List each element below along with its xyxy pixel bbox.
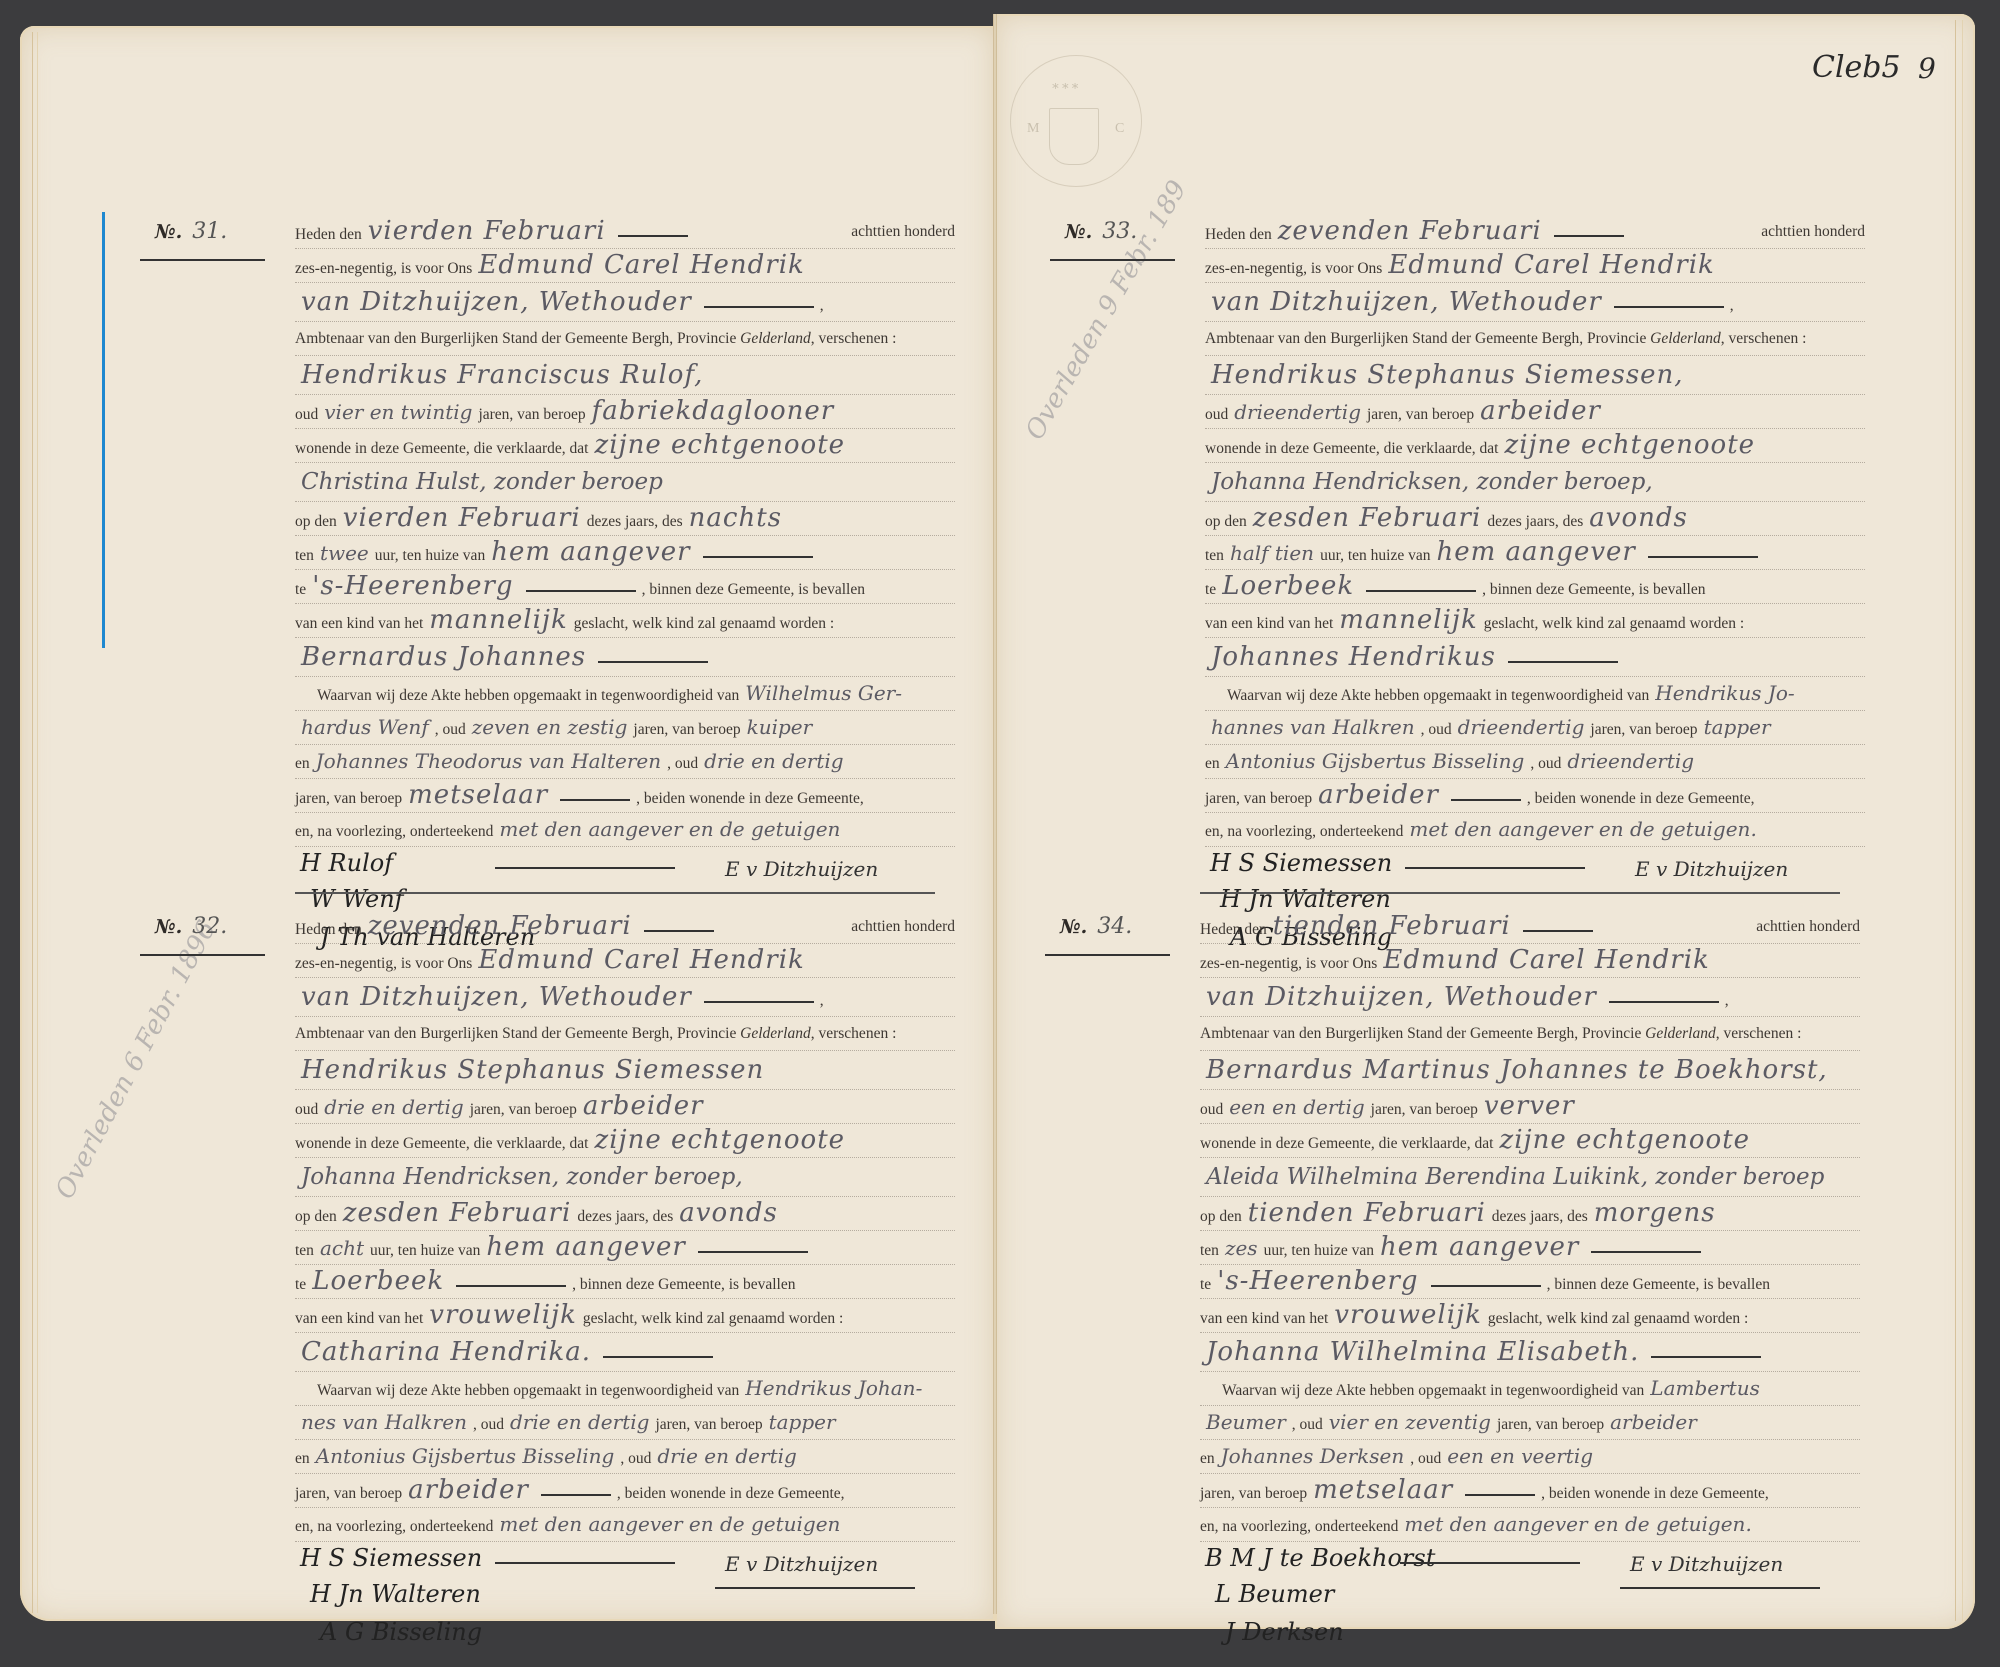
printed-form-text: dezes jaars, des — [1487, 513, 1583, 530]
signature-witness-2: A G Bisseling — [320, 1618, 482, 1646]
signature-official: E v Ditzhuijzen — [1635, 857, 1788, 881]
line-ambtenaar: Ambtenaar van den Burgerlijken Stand der… — [295, 322, 955, 356]
filler-dash — [1465, 1494, 1535, 1496]
birth-hour: half tien — [1224, 541, 1320, 565]
printed-form-text: , oud — [1421, 721, 1452, 738]
printed-form-text: ten — [1205, 547, 1224, 564]
child-sex: vrouwelijk — [423, 1300, 583, 1330]
line-child-name: Catharina Hendrika. — [295, 1333, 955, 1372]
line-witness-2: enAntonius Gijsbertus Bisseling, ouddrie… — [1205, 745, 1865, 779]
printed-form-text: jaren, van beroep — [633, 721, 740, 738]
filler-dash — [1508, 661, 1618, 663]
open-register-book: ∗∗∗ M C Cleb5 9 Overleden 9 Febr. 189 Ov… — [0, 0, 2000, 1667]
line-witness-1: hardus Wenf, oudzeven en zestigjaren, va… — [295, 711, 955, 745]
line-sex: van een kind van hetmannelijkgeslacht, w… — [295, 604, 955, 638]
line-hour: tenhalf tienuur, ten huize vanhem aangev… — [1205, 536, 1865, 570]
signature-official: E v Ditzhuijzen — [725, 1552, 878, 1576]
birth-house: hem aangever — [1374, 1232, 1585, 1262]
witness-2-age: drie en dertig — [698, 749, 849, 773]
printed-form-text: en, na voorlezing, onderteekend — [295, 823, 493, 840]
declarant-name: Hendrikus Stephanus Siemessen — [295, 1055, 770, 1085]
act-element: №. — [1065, 221, 1092, 243]
embossed-seal-icon: ∗∗∗ M C — [1010, 55, 1142, 187]
printed-form-text: oud — [1205, 406, 1228, 423]
printed-form-text: Ambtenaar van den Burgerlijken Stand der… — [1205, 330, 1538, 347]
printed-form-text: Bergh — [632, 1025, 670, 1042]
filler-dash — [704, 306, 814, 308]
official-name: Edmund Carel Hendrik — [1382, 250, 1720, 280]
witness-2-name: Antonius Gijsbertus Bisseling — [310, 1444, 621, 1468]
act-number: №.31. — [155, 219, 227, 244]
line-waarvan: Waarvan wij deze Akte hebben opgemaakt i… — [1205, 677, 1865, 711]
line-official: zes-en-negentig, is voor OnsEdmund Carel… — [1205, 249, 1865, 283]
signatures-block: B M J te Boekhorst L Beumer J Derksen E … — [1200, 1542, 1860, 1667]
printed-form-text: jaren, van beroep — [1497, 1416, 1604, 1433]
printed-form-text: jaren, van beroep — [1371, 1101, 1478, 1118]
witness-1-age: drie en dertig — [504, 1410, 655, 1434]
line-witness-2: enAntonius Gijsbertus Bisseling, ouddrie… — [295, 1440, 955, 1474]
selection-marker — [102, 212, 105, 648]
printed-form-text: te — [1205, 581, 1216, 598]
printed-form-text: , Provincie — [669, 1025, 736, 1042]
line-child-name: Johanna Wilhelmina Elisabeth. — [1200, 1333, 1860, 1372]
printed-form-text: op den — [1200, 1208, 1242, 1225]
printed-form-text: Heden den — [1205, 226, 1272, 243]
declarant-occupation: arbeider — [1474, 396, 1607, 426]
act-date: zevenden Februari — [362, 911, 638, 941]
printed-form-text: van een kind van het — [1205, 615, 1333, 632]
printed-form-text: dezes jaars, des — [1492, 1208, 1588, 1225]
child-name: Bernardus Johannes — [295, 642, 592, 672]
official-title: van Ditzhuijzen, Wethouder — [295, 287, 698, 317]
printed-form-text: , binnen deze Gemeente, is bevallen — [642, 581, 865, 598]
act-number-underline — [1050, 259, 1175, 261]
filler-dash — [541, 1494, 611, 1496]
filler-dash — [526, 590, 636, 592]
line-witness-1: nes van Halkren, ouddrie en dertigjaren,… — [295, 1406, 955, 1440]
printed-form-text: wonende in deze Gemeente, die verklaarde… — [1205, 440, 1499, 457]
printed-form-text: Gelderland — [1645, 1025, 1716, 1042]
act-element: №. — [155, 916, 182, 938]
line-waarvan: Waarvan wij deze Akte hebben opgemaakt i… — [1200, 1372, 1860, 1406]
line-official: zes-en-negentig, is voor OnsEdmund Carel… — [1200, 944, 1860, 978]
printed-form-text: Bergh — [632, 330, 670, 347]
printed-form-text: te — [295, 1276, 306, 1293]
printed-form-text: Waarvan wij deze Akte hebben opgemaakt i… — [295, 687, 739, 704]
time-of-day: nachts — [683, 503, 788, 533]
filler-dash — [698, 1251, 808, 1253]
witness-1-name: Hendrikus Jo- — [1649, 681, 1800, 705]
line-place: te's-Heerenberg, binnen deze Gemeente, i… — [1200, 1265, 1860, 1299]
signature-witness-1: W Wenf — [310, 885, 404, 913]
act-date: vierden Februari — [362, 216, 612, 246]
seal-letter-right: C — [1115, 121, 1124, 137]
signatures-block: H S Siemessen H Jn Walteren A G Bisselin… — [295, 1542, 955, 1667]
line-declarant-age: oudvier en twintigjaren, van beroepfabri… — [295, 395, 955, 429]
printed-form-text: jaren, van beroep — [1590, 721, 1697, 738]
printed-form-text: , beiden wonende in deze Gemeente, — [617, 1485, 845, 1502]
line-place: te's-Heerenberg, binnen deze Gemeente, i… — [295, 570, 955, 604]
filler-dash — [456, 1285, 566, 1287]
handwritten-entry: nes van Halkren — [295, 1410, 473, 1434]
printed-form-text: Gelderland — [740, 330, 811, 347]
printed-form-text: op den — [295, 1208, 337, 1225]
printed-form-text: Bergh — [1542, 330, 1580, 347]
printed-form-text: en — [1205, 755, 1220, 772]
line-official-title: van Ditzhuijzen, Wethouder, — [295, 978, 955, 1017]
line-official-title: van Ditzhuijzen, Wethouder, — [1205, 283, 1865, 322]
line-witness-2-occupation: jaren, van beroeparbeider, beiden wonend… — [295, 1474, 955, 1508]
handwritten-entry: zijne echtgenoote — [1499, 430, 1762, 460]
line-official-title: van Ditzhuijzen, Wethouder, — [1200, 978, 1860, 1017]
printed-form-text: , beiden wonende in deze Gemeente, — [636, 790, 864, 807]
printed-form-text: uur, ten huize van — [1264, 1242, 1374, 1259]
printed-form-text: , oud — [435, 721, 466, 738]
filler-dash — [644, 930, 714, 932]
printed-form-text: Ambtenaar van den Burgerlijken Stand der… — [295, 330, 628, 347]
archive-reference: Cleb5 — [1812, 50, 1901, 85]
printed-form-text: en, na voorlezing, onderteekend — [1200, 1518, 1398, 1535]
filler-dash — [1591, 1251, 1701, 1253]
printed-form-text: uur, ten huize van — [1320, 547, 1430, 564]
spouse-name: Johanna Hendricksen, zonder beroep, — [295, 1164, 749, 1190]
birth-hour: twee — [314, 541, 375, 565]
signature-witness-1: H Jn Walteren — [1220, 885, 1391, 913]
signature-declarant: H S Siemessen — [300, 1544, 482, 1572]
filler-dash — [1614, 306, 1724, 308]
line-wonende: wonende in deze Gemeente, die verklaarde… — [1205, 429, 1865, 463]
printed-form-text: achttien honderd — [1756, 910, 1860, 943]
child-sex: vrouwelijk — [1328, 1300, 1488, 1330]
act-number: №.34. — [1060, 914, 1132, 939]
printed-form-text: , oud — [1410, 1450, 1441, 1467]
child-sex: mannelijk — [423, 605, 573, 635]
signed-with: met den aangever en de getuigen — [493, 817, 846, 841]
time-of-day: avonds — [673, 1198, 784, 1228]
printed-form-text: van een kind van het — [295, 615, 423, 632]
signature-official: E v Ditzhuijzen — [725, 857, 878, 881]
witness-2-age: drie en dertig — [651, 1444, 802, 1468]
printed-form-text: , binnen deze Gemeente, is bevallen — [1482, 581, 1705, 598]
time-of-day: morgens — [1588, 1198, 1722, 1228]
printed-form-text: , oud — [1292, 1416, 1323, 1433]
printed-form-text: oud — [1200, 1101, 1223, 1118]
act-number-underline — [140, 259, 265, 261]
signature-rule — [495, 1562, 675, 1564]
line-birth-date: op denvierden Februaridezes jaars, desna… — [295, 502, 955, 536]
printed-form-text: geslacht, welk kind zal genaamd worden : — [583, 1310, 843, 1327]
line-place: teLoerbeek, binnen deze Gemeente, is bev… — [295, 1265, 955, 1299]
printed-form-text: achttien honderd — [851, 910, 955, 943]
child-name: Johannes Hendrikus — [1205, 642, 1502, 672]
printed-form-text: en — [295, 1450, 310, 1467]
printed-form-text: zes-en-negentig, is voor Ons — [1205, 260, 1382, 277]
birth-place: Loerbeek — [306, 1266, 450, 1296]
witness-1-occupation: kuiper — [741, 715, 819, 739]
act-number: №.32. — [155, 914, 227, 939]
page-number: 9 — [1918, 52, 1936, 85]
printed-form-text: , binnen deze Gemeente, is bevallen — [572, 1276, 795, 1293]
signature-witness-1: H Jn Walteren — [310, 1580, 481, 1608]
printed-form-text: , oud — [620, 1450, 651, 1467]
printed-form-text: en, na voorlezing, onderteekend — [1205, 823, 1403, 840]
line-birth-date: op denzesden Februaridezes jaars, desavo… — [1205, 502, 1865, 536]
witness-2-occupation: metselaar — [402, 780, 554, 810]
filler-dash — [1648, 556, 1758, 558]
printed-form-text: op den — [1205, 513, 1247, 530]
line-declarant-age: oudeen en dertigjaren, van beroepverver — [1200, 1090, 1860, 1124]
signature-declarant: B M J te Boekhorst — [1205, 1544, 1435, 1572]
handwritten-entry: hardus Wenf — [295, 715, 435, 739]
printed-form-text: jaren, van beroep — [295, 1485, 402, 1502]
filler-dash — [1523, 930, 1593, 932]
declarant-name: Hendrikus Stephanus Siemessen, — [1205, 360, 1690, 390]
declarant-name: Bernardus Martinus Johannes te Boekhorst… — [1200, 1055, 1834, 1085]
line-child-name: Johannes Hendrikus — [1205, 638, 1865, 677]
birth-act-31: №.31. Heden denvierden Februariachttien … — [295, 215, 955, 977]
act-element: 32. — [192, 914, 227, 939]
printed-form-text: Heden den — [295, 921, 362, 938]
witness-2-name: Antonius Gijsbertus Bisseling — [1220, 749, 1531, 773]
printed-form-text: Waarvan wij deze Akte hebben opgemaakt i… — [295, 1382, 739, 1399]
filler-dash — [1451, 799, 1521, 801]
printed-form-text: , beiden wonende in deze Gemeente, — [1541, 1485, 1769, 1502]
line-sex: van een kind van hetmannelijkgeslacht, w… — [1205, 604, 1865, 638]
line-date: Heden denzevenden Februariachttien honde… — [295, 910, 955, 944]
printed-form-text: uur, ten huize van — [375, 547, 485, 564]
child-name: Catharina Hendrika. — [295, 1337, 597, 1367]
line-date: Heden denvierden Februariachttien honder… — [295, 215, 955, 249]
printed-form-text: , verschenen : — [1721, 330, 1807, 347]
witness-1-occupation: tapper — [763, 1410, 842, 1434]
line-declarant: Hendrikus Stephanus Siemessen, — [1205, 356, 1865, 395]
line-spouse: Aleida Wilhelmina Berendina Luikink, zon… — [1200, 1158, 1860, 1197]
printed-form-text: van een kind van het — [1200, 1310, 1328, 1327]
printed-form-text: en, na voorlezing, onderteekend — [295, 1518, 493, 1535]
child-name: Johanna Wilhelmina Elisabeth. — [1200, 1337, 1645, 1367]
line-declarant-age: ouddrieendertigjaren, van beroeparbeider — [1205, 395, 1865, 429]
printed-form-text: jaren, van beroep — [655, 1416, 762, 1433]
witness-2-name: Johannes Theodorus van Halteren — [310, 749, 667, 773]
printed-form-text: Waarvan wij deze Akte hebben opgemaakt i… — [1205, 687, 1649, 704]
line-ambtenaar: Ambtenaar van den Burgerlijken Stand der… — [295, 1017, 955, 1051]
filler-dash — [1554, 235, 1624, 237]
official-title: van Ditzhuijzen, Wethouder — [295, 982, 698, 1012]
line-signed: en, na voorlezing, onderteekendmet den a… — [1205, 813, 1865, 847]
line-witness-2-occupation: jaren, van beroepmetselaar, beiden wonen… — [1200, 1474, 1860, 1508]
printed-form-text: , binnen deze Gemeente, is bevallen — [1547, 1276, 1770, 1293]
act-date: zevenden Februari — [1272, 216, 1548, 246]
birth-date: zesden Februari — [1247, 503, 1488, 533]
printed-form-text: zes-en-negentig, is voor Ons — [1200, 955, 1377, 972]
witness-1-name: Wilhelmus Ger- — [739, 681, 908, 705]
line-spouse: Johanna Hendricksen, zonder beroep, — [1205, 463, 1865, 502]
line-witness-1: Beumer, oudvier en zeventigjaren, van be… — [1200, 1406, 1860, 1440]
birth-act-32: №.32. Heden denzevenden Februariachttien… — [295, 910, 955, 1667]
printed-form-text: achttien honderd — [851, 215, 955, 248]
handwritten-entry: zijne echtgenoote — [1494, 1125, 1757, 1155]
line-witness-2-occupation: jaren, van beroepmetselaar, beiden wonen… — [295, 779, 955, 813]
signed-with: met den aangever en de getuigen — [493, 1512, 846, 1536]
printed-form-text: dezes jaars, des — [577, 1208, 673, 1225]
printed-form-text: , — [1725, 992, 1729, 1009]
official-name: Edmund Carel Hendrik — [1377, 945, 1715, 975]
book-gutter — [993, 14, 997, 1614]
filler-dash — [704, 1001, 814, 1003]
filler-dash — [703, 556, 813, 558]
printed-form-text: uur, ten huize van — [370, 1242, 480, 1259]
declarant-occupation: arbeider — [577, 1091, 710, 1121]
seal-crest — [1049, 108, 1099, 165]
line-child-name: Bernardus Johannes — [295, 638, 955, 677]
printed-form-text: Ambtenaar van den Burgerlijken Stand der… — [1200, 1025, 1533, 1042]
act-number: №.33. — [1065, 219, 1137, 244]
act-date: tienden Februari — [1267, 911, 1517, 941]
printed-form-text: jaren, van beroep — [295, 790, 402, 807]
line-waarvan: Waarvan wij deze Akte hebben opgemaakt i… — [295, 1372, 955, 1406]
child-sex: mannelijk — [1333, 605, 1483, 635]
seal-crown: ∗∗∗ — [1051, 78, 1081, 94]
line-ambtenaar: Ambtenaar van den Burgerlijken Stand der… — [1205, 322, 1865, 356]
printed-form-text: jaren, van beroep — [470, 1101, 577, 1118]
line-hour: tenachtuur, ten huize vanhem aangever — [295, 1231, 955, 1265]
official-title: van Ditzhuijzen, Wethouder — [1200, 982, 1603, 1012]
filler-dash — [598, 661, 708, 663]
declarant-occupation: verver — [1478, 1091, 1581, 1121]
birth-house: hem aangever — [480, 1232, 691, 1262]
signed-with: met den aangever en de getuigen. — [1403, 817, 1762, 841]
declarant-age: een en dertig — [1223, 1095, 1370, 1119]
witness-2-age: een en veertig — [1441, 1444, 1599, 1468]
act-element: 34. — [1097, 914, 1132, 939]
witness-2-occupation: arbeider — [402, 1475, 535, 1505]
act-element: №. — [155, 221, 182, 243]
printed-form-text: op den — [295, 513, 337, 530]
printed-form-text: , Provincie — [1574, 1025, 1641, 1042]
official-signature-underline — [715, 1587, 915, 1589]
birth-place: 's-Heerenberg — [1211, 1266, 1424, 1296]
witness-1-occupation: arbeider — [1604, 1410, 1703, 1434]
birth-date: zesden Februari — [337, 1198, 578, 1228]
official-title: van Ditzhuijzen, Wethouder — [1205, 287, 1608, 317]
spouse-name: Christina Hulst, zonder beroep — [295, 469, 669, 495]
printed-form-text: jaren, van beroep — [478, 406, 585, 423]
signature-rule — [1400, 1562, 1580, 1564]
printed-form-text: ten — [295, 547, 314, 564]
official-name: Edmund Carel Hendrik — [472, 945, 810, 975]
witness-1-age: zeven en zestig — [466, 715, 634, 739]
declarant-age: drie en dertig — [318, 1095, 469, 1119]
birth-house: hem aangever — [485, 537, 696, 567]
signature-official: E v Ditzhuijzen — [1630, 1552, 1783, 1576]
printed-form-text: , verschenen : — [1716, 1025, 1802, 1042]
witness-1-occupation: tapper — [1698, 715, 1777, 739]
printed-form-text: jaren, van beroep — [1200, 1485, 1307, 1502]
birth-hour: acht — [314, 1236, 370, 1260]
line-official: zes-en-negentig, is voor OnsEdmund Carel… — [295, 249, 955, 283]
birth-place: Loerbeek — [1216, 571, 1360, 601]
filler-dash — [1651, 1356, 1761, 1358]
line-declarant-age: ouddrie en dertigjaren, van beroeparbeid… — [295, 1090, 955, 1124]
printed-form-text: zes-en-negentig, is voor Ons — [295, 260, 472, 277]
printed-form-text: , Provincie — [669, 330, 736, 347]
filler-dash — [1431, 1285, 1541, 1287]
line-wonende: wonende in deze Gemeente, die verklaarde… — [1200, 1124, 1860, 1158]
declarant-occupation: fabriekdaglooner — [586, 396, 841, 426]
birth-act-33: №.33. Heden denzevenden Februariachttien… — [1205, 215, 1865, 977]
line-hour: tenzesuur, ten huize vanhem aangever — [1200, 1231, 1860, 1265]
printed-form-text: dezes jaars, des — [587, 513, 683, 530]
line-declarant: Hendrikus Franciscus Rulof, — [295, 356, 955, 395]
printed-form-text: Heden den — [1200, 921, 1267, 938]
birth-hour: zes — [1219, 1236, 1264, 1260]
printed-form-text: wonende in deze Gemeente, die verklaarde… — [295, 440, 589, 457]
act-separator-rule — [1200, 892, 1840, 894]
printed-form-text: , beiden wonende in deze Gemeente, — [1527, 790, 1755, 807]
filler-dash — [1366, 590, 1476, 592]
birth-date: vierden Februari — [337, 503, 587, 533]
line-date: Heden denzevenden Februariachttien honde… — [1205, 215, 1865, 249]
printed-form-text: , oud — [667, 755, 698, 772]
printed-form-text: jaren, van beroep — [1367, 406, 1474, 423]
line-signed: en, na voorlezing, onderteekendmet den a… — [295, 813, 955, 847]
act-number-underline — [1045, 954, 1170, 956]
printed-form-text: Gelderland — [740, 1025, 811, 1042]
signature-declarant: H S Siemessen — [1210, 849, 1392, 877]
printed-form-text: geslacht, welk kind zal genaamd worden : — [574, 615, 834, 632]
printed-form-text: , oud — [1530, 755, 1561, 772]
signature-witness-1: L Beumer — [1215, 1580, 1334, 1608]
line-official: zes-en-negentig, is voor OnsEdmund Carel… — [295, 944, 955, 978]
printed-form-text: te — [295, 581, 306, 598]
printed-form-text: geslacht, welk kind zal genaamd worden : — [1484, 615, 1744, 632]
line-wonende: wonende in deze Gemeente, die verklaarde… — [295, 1124, 955, 1158]
line-official-title: van Ditzhuijzen, Wethouder, — [295, 283, 955, 322]
line-birth-date: op denzesden Februaridezes jaars, desavo… — [295, 1197, 955, 1231]
act-element: 33. — [1102, 219, 1137, 244]
printed-form-text: te — [1200, 1276, 1211, 1293]
line-wonende: wonende in deze Gemeente, die verklaarde… — [295, 429, 955, 463]
printed-form-text: oud — [295, 1101, 318, 1118]
line-witness-2: enJohannes Theodorus van Halteren, ouddr… — [295, 745, 955, 779]
official-name: Edmund Carel Hendrik — [472, 250, 810, 280]
declarant-age: vier en twintig — [318, 400, 478, 424]
witness-2-age: drieendertig — [1561, 749, 1700, 773]
witness-2-occupation: metselaar — [1307, 1475, 1459, 1505]
printed-form-text: en — [295, 755, 310, 772]
line-birth-date: op dentienden Februaridezes jaars, desmo… — [1200, 1197, 1860, 1231]
printed-form-text: Bergh — [1537, 1025, 1575, 1042]
seal-letter-left: M — [1027, 121, 1039, 137]
line-witness-1: hannes van Halkren, ouddrieendertigjaren… — [1205, 711, 1865, 745]
printed-form-text: wonende in deze Gemeente, die verklaarde… — [1200, 1135, 1494, 1152]
printed-form-text: , oud — [473, 1416, 504, 1433]
act-element: 31. — [192, 219, 227, 244]
handwritten-entry: Beumer — [1200, 1410, 1292, 1434]
printed-form-text: , — [1730, 297, 1734, 314]
line-witness-2: enJohannes Derksen, oudeen en veertig — [1200, 1440, 1860, 1474]
line-date: Heden dentienden Februariachttien honder… — [1200, 910, 1860, 944]
printed-form-text: , verschenen : — [811, 330, 897, 347]
line-waarvan: Waarvan wij deze Akte hebben opgemaakt i… — [295, 677, 955, 711]
line-hour: tentweeuur, ten huize vanhem aangever — [295, 536, 955, 570]
filler-dash — [618, 235, 688, 237]
official-signature-underline — [1620, 1587, 1820, 1589]
witness-1-name: Lambertus — [1644, 1376, 1766, 1400]
declarant-name: Hendrikus Franciscus Rulof, — [295, 360, 709, 390]
signature-rule — [495, 867, 675, 869]
printed-form-text: wonende in deze Gemeente, die verklaarde… — [295, 1135, 589, 1152]
